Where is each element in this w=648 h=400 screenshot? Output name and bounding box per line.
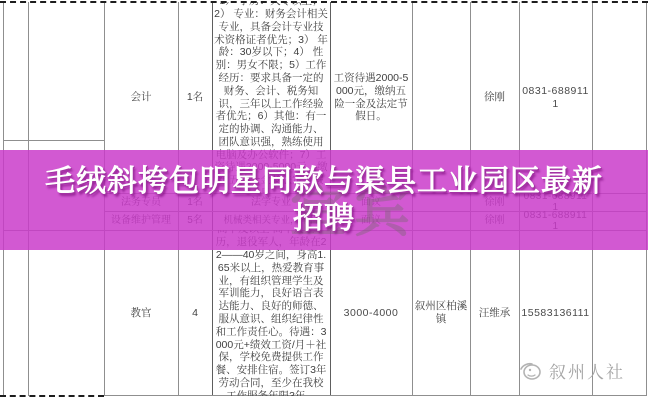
publisher-logo-icon — [518, 359, 544, 383]
contact-cell: 汪维承 — [470, 230, 519, 396]
publisher-watermark: 叙州人社 — [518, 358, 625, 383]
table-bottom-dashed-border — [0, 395, 104, 397]
requirements-cell: 高中及以上 高中及上学历，退役军人，年龄在22——40岁之间，身高1.65米以上… — [212, 230, 330, 396]
table-top-dashed-border — [0, 1, 648, 3]
banner-title-line1: 毛绒斜挎包明星同款与渠县工业园区最新 — [45, 163, 603, 200]
location-cell: 叙州区柏溪镇 — [412, 230, 470, 396]
overlay-banner: 毛绒斜挎包明星同款与渠县工业园区最新 招聘 — [0, 150, 648, 250]
banner-title-line2: 招聘 — [293, 200, 355, 237]
recruitment-table-screenshot: 会计 1名 1） 学历：大专以上；2） 专业：财务会计相关专业，具备会计专业技术… — [0, 0, 648, 400]
job-title-cell: 教官 — [104, 230, 178, 396]
salary-cell: 3000-4000 — [330, 230, 412, 396]
publisher-name: 叙州人社 — [549, 358, 625, 383]
headcount-cell: 4 — [178, 230, 212, 396]
grid-hline-leftcols — [3, 140, 104, 141]
